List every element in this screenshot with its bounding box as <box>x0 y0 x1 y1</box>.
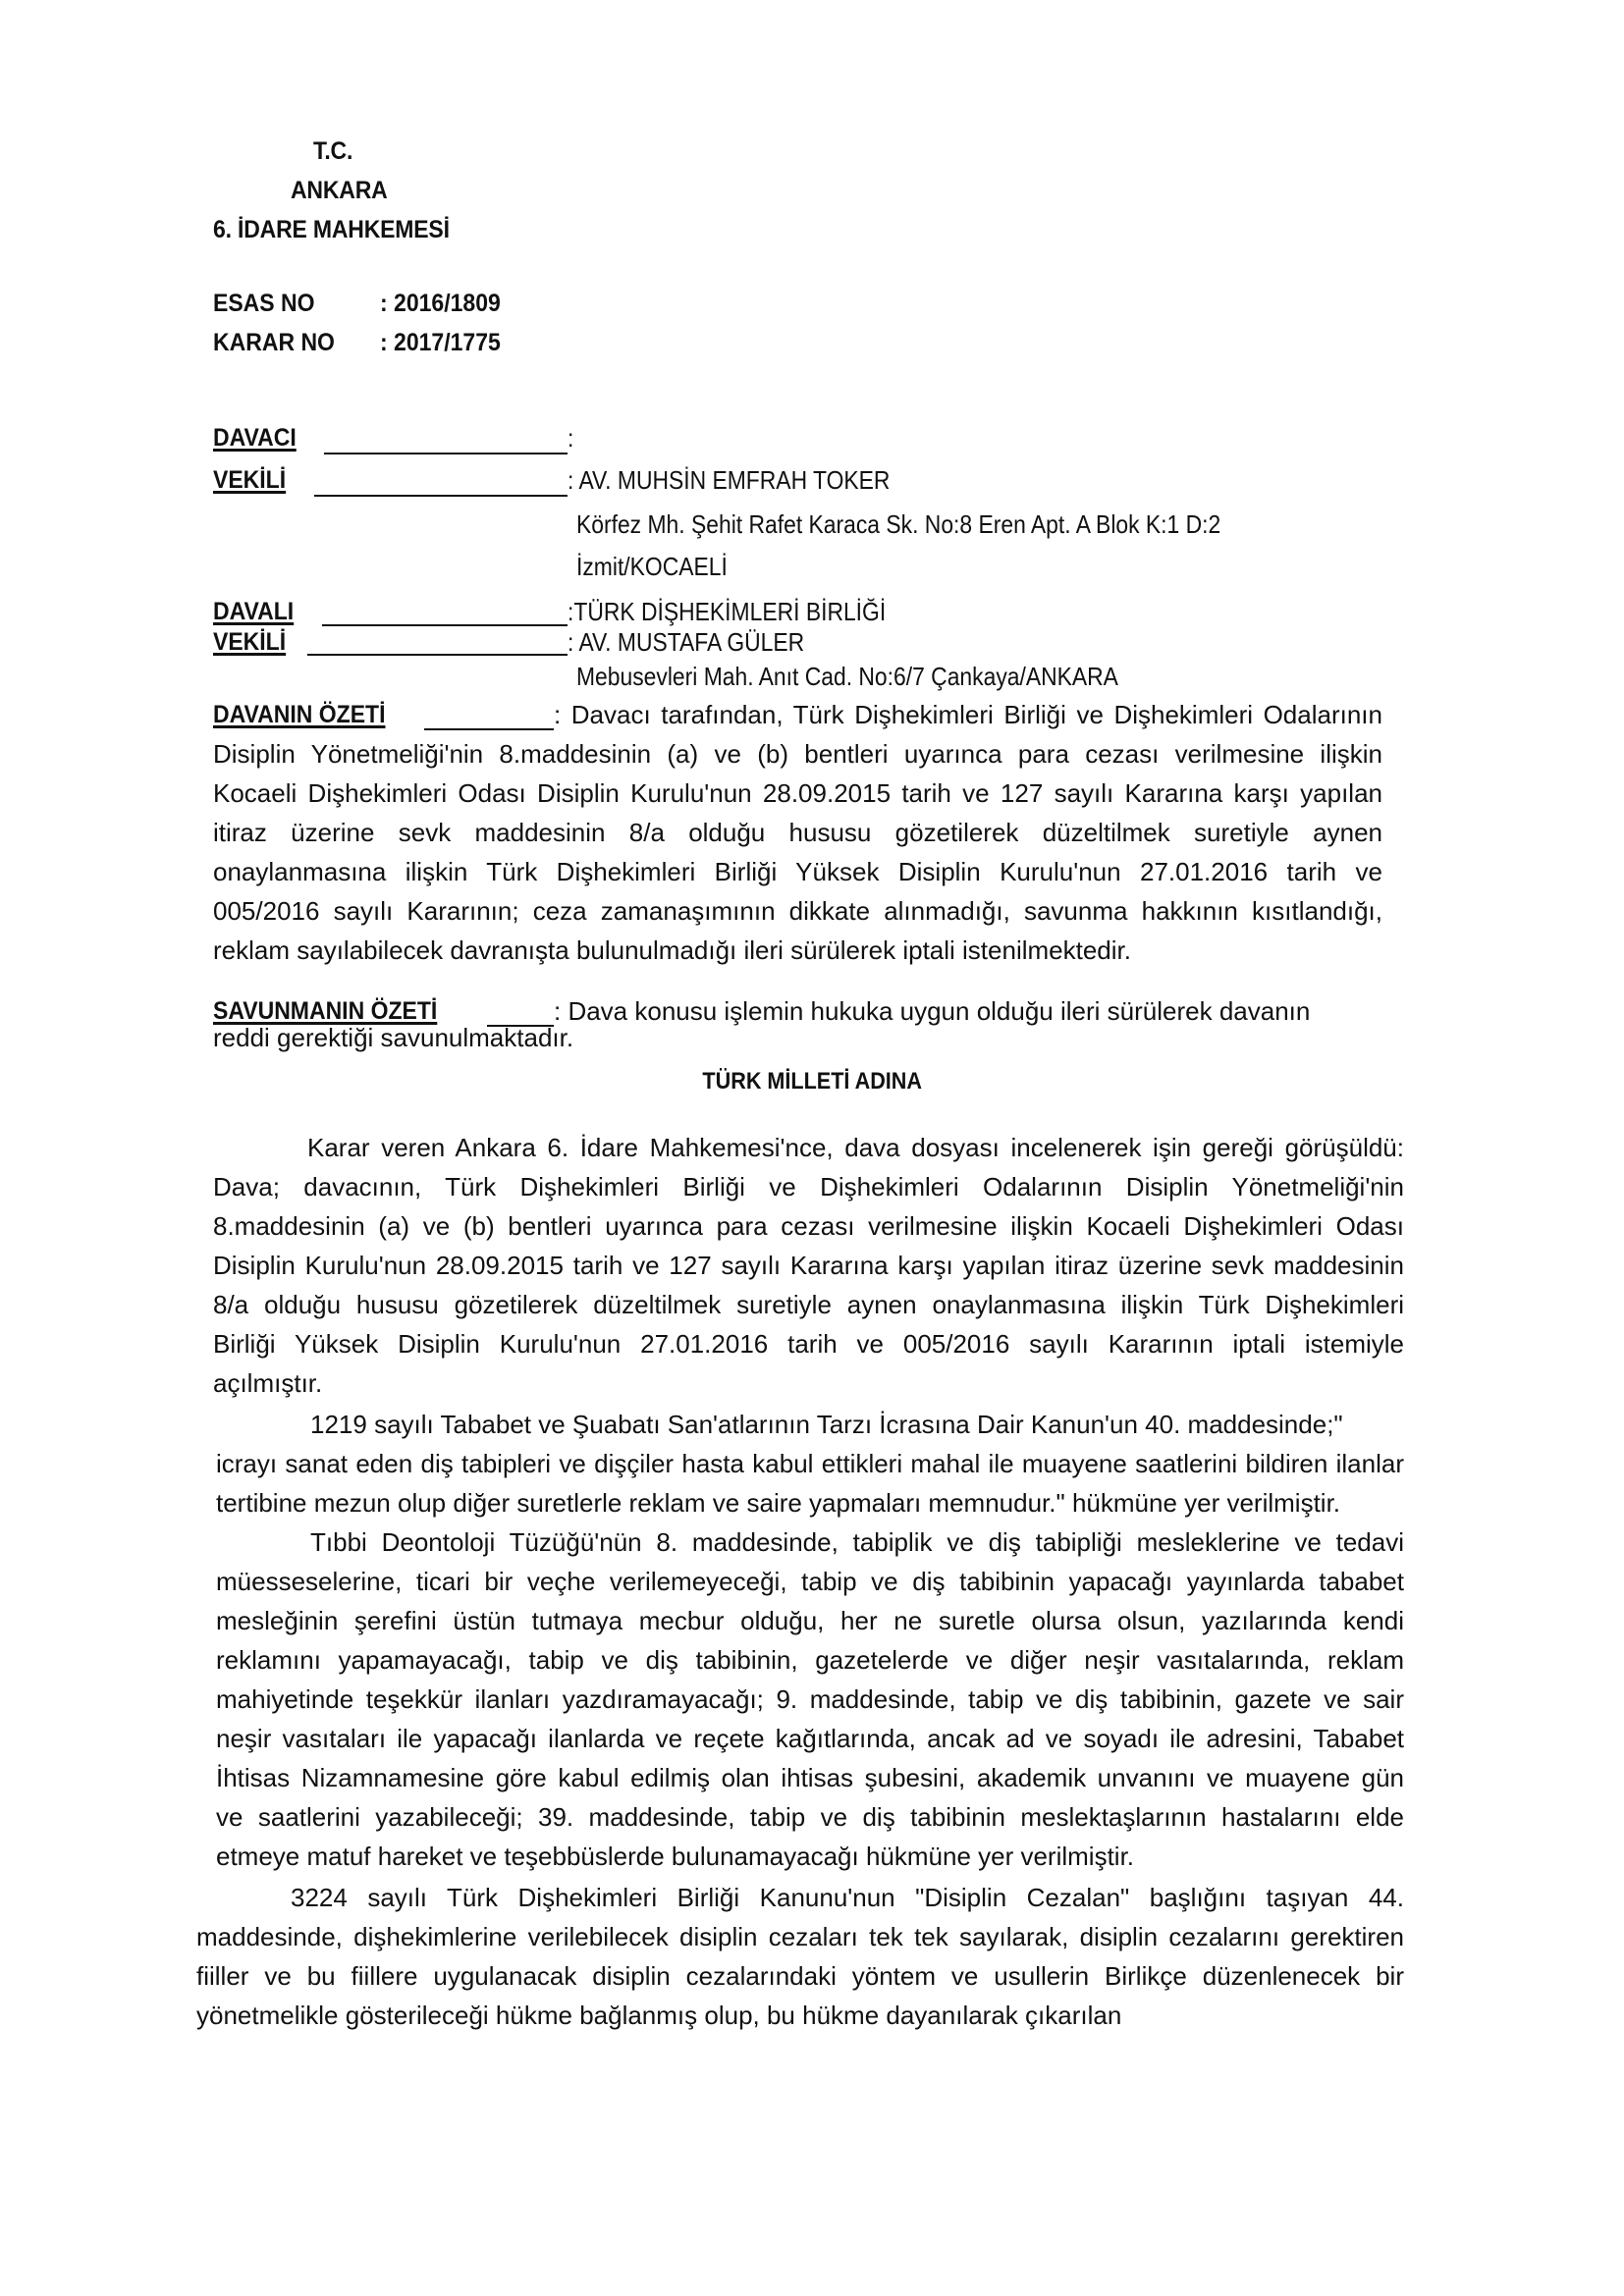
body-paragraph-4: 3224 sayılı Türk Dişhekimleri Birliği Ka… <box>196 1878 1404 2035</box>
davaci-vekili-label: VEKİLİ <box>213 466 286 495</box>
section-title: TÜRK MİLLETİ ADINA <box>0 1068 1624 1095</box>
karar-no-value: : 2017/1775 <box>380 329 501 357</box>
body-paragraph-3: Tıbbi Deontoloji Tüzüğü'nün 8. maddesind… <box>216 1522 1404 1876</box>
header-country: T.C. <box>313 137 352 166</box>
esas-no-label: ESAS NO <box>213 290 315 318</box>
davaci-value: : <box>568 423 573 454</box>
davaci-vekili-address-line1: Körfez Mh. Şehit Rafet Karaca Sk. No:8 E… <box>576 509 1220 540</box>
header-city: ANKARA <box>291 177 388 205</box>
davali-vekili-fill-line <box>307 654 568 656</box>
body-paragraph-1: Karar veren Ankara 6. İdare Mahkemesi'nc… <box>213 1128 1404 1403</box>
davanin-ozeti-text: Disiplin Yönetmeliği'nin 8.maddesinin (a… <box>213 734 1382 970</box>
davanin-ozeti-label: DAVANIN ÖZETİ <box>213 701 385 729</box>
davaci-fill-line <box>324 453 568 454</box>
davaci-label: DAVACI <box>213 424 297 453</box>
davali-label: DAVALI <box>213 598 294 626</box>
karar-no-label: KARAR NO <box>213 329 335 357</box>
body-paragraph-2: 1219 sayılı Tababet ve Şuabatı San'atlar… <box>216 1405 1404 1522</box>
davali-vekili-value: : AV. MUSTAFA GÜLER <box>568 627 804 658</box>
document-page: T.C. ANKARA 6. İDARE MAHKEMESİ ESAS NO :… <box>0 0 1624 2296</box>
davaci-vekili-address-line2: İzmit/KOCAELİ <box>576 552 728 582</box>
savunmanin-ozeti-text: reddi gerektiği savunulmaktadır. <box>213 1023 999 1052</box>
davanin-ozeti-first-line: : Davacı tarafından, Türk Dişhekimleri B… <box>554 695 1382 734</box>
esas-no-value: : 2016/1809 <box>380 290 501 318</box>
davali-value: :TÜRK DİŞHEKİMLERİ BİRLİĞİ <box>568 597 886 627</box>
davaci-vekili-value: : AV. MUHSİN EMFRAH TOKER <box>568 465 890 496</box>
davaci-vekili-fill-line <box>314 495 568 497</box>
header-court: 6. İDARE MAHKEMESİ <box>213 216 450 244</box>
savunmanin-ozeti-label: SAVUNMANIN ÖZETİ <box>213 997 437 1026</box>
davali-fill-line <box>322 624 568 626</box>
davali-vekili-address-line1: Mebusevleri Mah. Anıt Cad. No:6/7 Çankay… <box>576 662 1118 692</box>
davanin-ozeti-fill-line <box>424 728 554 730</box>
davali-vekili-label: VEKİLİ <box>213 628 286 657</box>
